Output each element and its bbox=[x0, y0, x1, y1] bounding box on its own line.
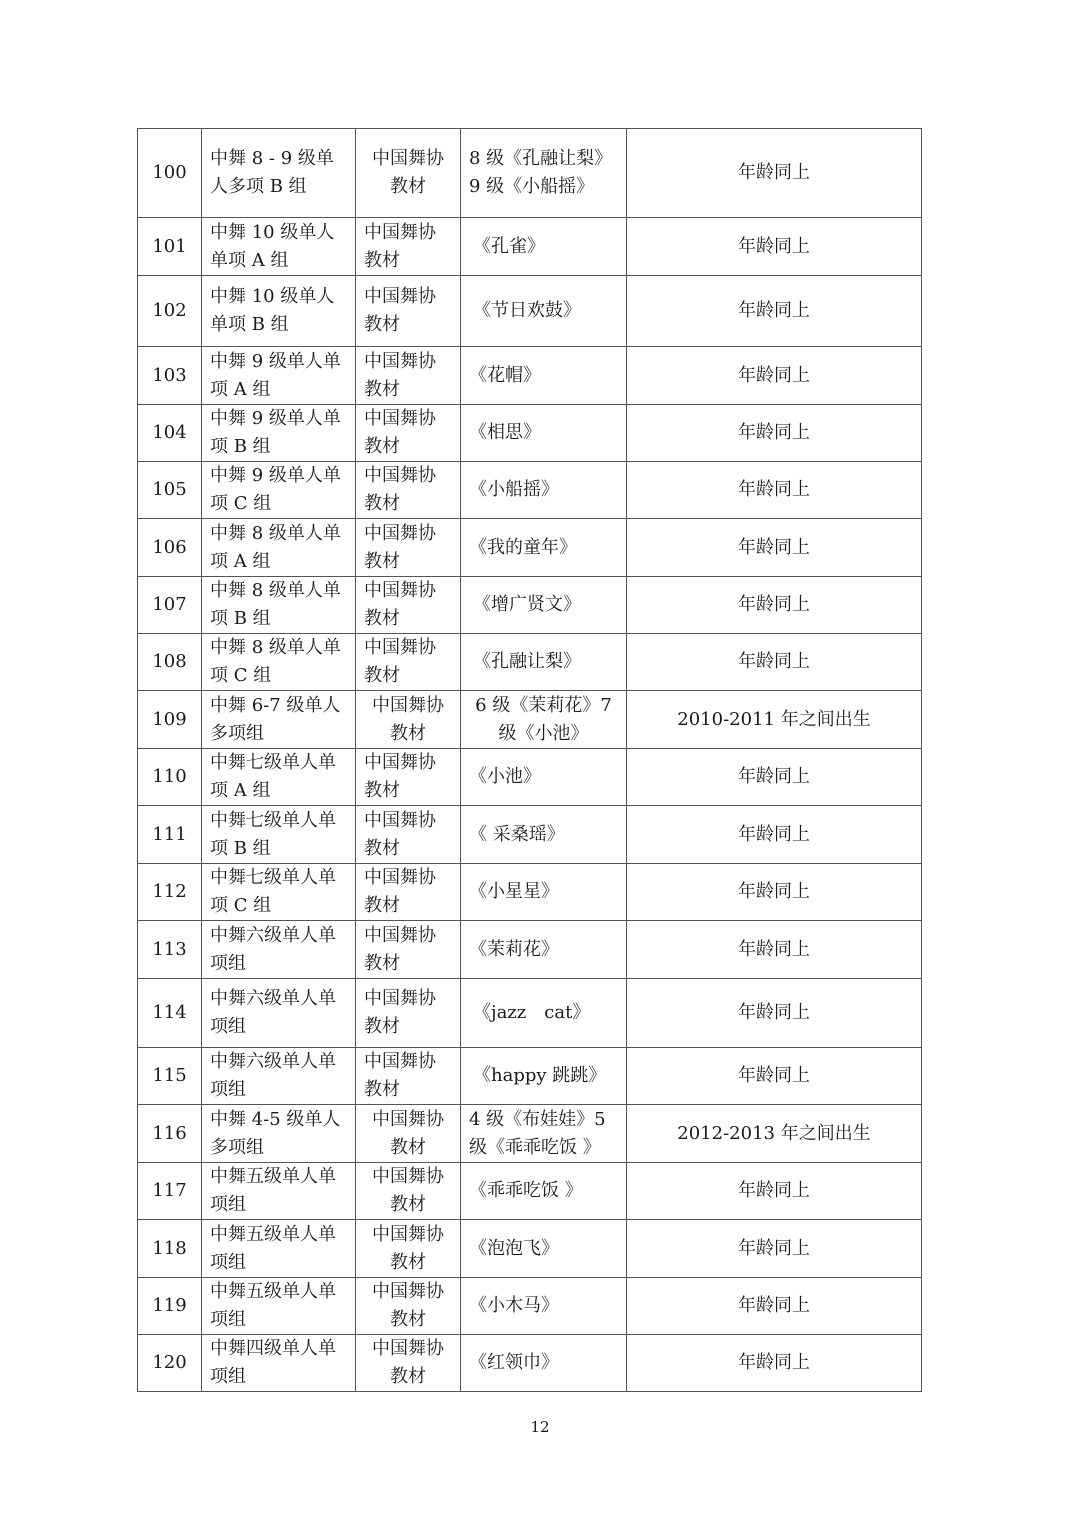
entry-source: 中国舞协教材 bbox=[356, 1278, 461, 1335]
entry-piece: 《节日欢鼓》 bbox=[461, 276, 627, 347]
entry-category: 中舞六级单人单项组 bbox=[202, 979, 356, 1048]
entry-piece: 《相思》 bbox=[461, 405, 627, 462]
entry-category: 中舞五级单人单项组 bbox=[202, 1163, 356, 1220]
entry-number: 110 bbox=[138, 749, 202, 806]
entry-source: 中国舞协教材 bbox=[356, 921, 461, 979]
entry-age-requirement: 年龄同上 bbox=[627, 1163, 922, 1220]
entry-number: 120 bbox=[138, 1335, 202, 1392]
entry-age-requirement: 年龄同上 bbox=[627, 129, 922, 218]
entry-category: 中舞 8 级单人单项 B 组 bbox=[202, 577, 356, 634]
entry-source: 中国舞协教材 bbox=[356, 577, 461, 634]
entry-piece: 《红领巾》 bbox=[461, 1335, 627, 1392]
entry-category: 中舞 4-5 级单人多项组 bbox=[202, 1105, 356, 1163]
entry-source: 中国舞协教材 bbox=[356, 806, 461, 864]
table-row: 115中舞六级单人单项组中国舞协教材《happy 跳跳》年龄同上 bbox=[138, 1048, 922, 1105]
entry-piece: 《小船摇》 bbox=[461, 462, 627, 519]
competition-table: 100中舞 8 - 9 级单人多项 B 组中国舞协教材8 级《孔融让梨》9 级《… bbox=[137, 128, 922, 1392]
table-row: 109中舞 6-7 级单人多项组中国舞协教材6 级《茉莉花》7 级《小池》201… bbox=[138, 691, 922, 749]
entry-age-requirement: 年龄同上 bbox=[627, 806, 922, 864]
entry-piece: 《增广贤文》 bbox=[461, 577, 627, 634]
entry-number: 112 bbox=[138, 864, 202, 921]
table-row: 104中舞 9 级单人单项 B 组中国舞协教材《相思》年龄同上 bbox=[138, 405, 922, 462]
table-row: 113中舞六级单人单项组中国舞协教材《茉莉花》年龄同上 bbox=[138, 921, 922, 979]
table-row: 100中舞 8 - 9 级单人多项 B 组中国舞协教材8 级《孔融让梨》9 级《… bbox=[138, 129, 922, 218]
entry-piece: 《小星星》 bbox=[461, 864, 627, 921]
entry-age-requirement: 年龄同上 bbox=[627, 749, 922, 806]
table-body: 100中舞 8 - 9 级单人多项 B 组中国舞协教材8 级《孔融让梨》9 级《… bbox=[138, 129, 922, 1392]
entry-source: 中国舞协教材 bbox=[356, 749, 461, 806]
document-page: 100中舞 8 - 9 级单人多项 B 组中国舞协教材8 级《孔融让梨》9 级《… bbox=[0, 0, 1080, 1526]
entry-source: 中国舞协教材 bbox=[356, 1163, 461, 1220]
entry-source: 中国舞协教材 bbox=[356, 864, 461, 921]
entry-number: 111 bbox=[138, 806, 202, 864]
entry-source: 中国舞协教材 bbox=[356, 979, 461, 1048]
entry-category: 中舞六级单人单项组 bbox=[202, 1048, 356, 1105]
entry-number: 106 bbox=[138, 519, 202, 577]
table-row: 114中舞六级单人单项组中国舞协教材《jazz cat》年龄同上 bbox=[138, 979, 922, 1048]
entry-number: 114 bbox=[138, 979, 202, 1048]
entry-category: 中舞 10 级单人单项 B 组 bbox=[202, 276, 356, 347]
entry-number: 115 bbox=[138, 1048, 202, 1105]
entry-number: 108 bbox=[138, 634, 202, 691]
entry-age-requirement: 年龄同上 bbox=[627, 921, 922, 979]
table-row: 110中舞七级单人单项 A 组中国舞协教材《小池》年龄同上 bbox=[138, 749, 922, 806]
entry-number: 105 bbox=[138, 462, 202, 519]
entry-number: 102 bbox=[138, 276, 202, 347]
entry-category: 中舞七级单人单项 C 组 bbox=[202, 864, 356, 921]
table-row: 103中舞 9 级单人单项 A 组中国舞协教材《花帽》年龄同上 bbox=[138, 347, 922, 405]
entry-source: 中国舞协教材 bbox=[356, 1048, 461, 1105]
entry-age-requirement: 年龄同上 bbox=[627, 276, 922, 347]
table-row: 118中舞五级单人单项组中国舞协教材《泡泡飞》年龄同上 bbox=[138, 1220, 922, 1278]
entry-age-requirement: 年龄同上 bbox=[627, 1335, 922, 1392]
table-row: 119中舞五级单人单项组中国舞协教材《小木马》年龄同上 bbox=[138, 1278, 922, 1335]
entry-piece: 《happy 跳跳》 bbox=[461, 1048, 627, 1105]
entry-number: 101 bbox=[138, 218, 202, 276]
entry-source: 中国舞协教材 bbox=[356, 405, 461, 462]
entry-source: 中国舞协教材 bbox=[356, 519, 461, 577]
entry-source: 中国舞协教材 bbox=[356, 129, 461, 218]
entry-age-requirement: 年龄同上 bbox=[627, 462, 922, 519]
entry-number: 109 bbox=[138, 691, 202, 749]
entry-category: 中舞五级单人单项组 bbox=[202, 1220, 356, 1278]
entry-number: 103 bbox=[138, 347, 202, 405]
entry-age-requirement: 年龄同上 bbox=[627, 864, 922, 921]
entry-piece: 《泡泡飞》 bbox=[461, 1220, 627, 1278]
entry-category: 中舞 9 级单人单项 B 组 bbox=[202, 405, 356, 462]
entry-piece: 《孔融让梨》 bbox=[461, 634, 627, 691]
table-row: 111中舞七级单人单项 B 组中国舞协教材《 采桑瑶》年龄同上 bbox=[138, 806, 922, 864]
entry-source: 中国舞协教材 bbox=[356, 1220, 461, 1278]
entry-category: 中舞六级单人单项组 bbox=[202, 921, 356, 979]
entry-piece: 《小池》 bbox=[461, 749, 627, 806]
entry-piece: 《jazz cat》 bbox=[461, 979, 627, 1048]
entry-source: 中国舞协教材 bbox=[356, 218, 461, 276]
entry-age-requirement: 2010-2011 年之间出生 bbox=[627, 691, 922, 749]
entry-age-requirement: 年龄同上 bbox=[627, 405, 922, 462]
entry-number: 100 bbox=[138, 129, 202, 218]
entry-piece: 《 采桑瑶》 bbox=[461, 806, 627, 864]
entry-category: 中舞 8 级单人单项 A 组 bbox=[202, 519, 356, 577]
entry-number: 113 bbox=[138, 921, 202, 979]
table-row: 107中舞 8 级单人单项 B 组中国舞协教材《增广贤文》年龄同上 bbox=[138, 577, 922, 634]
entry-category: 中舞 9 级单人单项 C 组 bbox=[202, 462, 356, 519]
entry-category: 中舞五级单人单项组 bbox=[202, 1278, 356, 1335]
entry-age-requirement: 年龄同上 bbox=[627, 1220, 922, 1278]
table-row: 106中舞 8 级单人单项 A 组中国舞协教材《我的童年》年龄同上 bbox=[138, 519, 922, 577]
entry-category: 中舞 8 - 9 级单人多项 B 组 bbox=[202, 129, 356, 218]
entry-source: 中国舞协教材 bbox=[356, 691, 461, 749]
entry-category: 中舞 9 级单人单项 A 组 bbox=[202, 347, 356, 405]
entry-source: 中国舞协教材 bbox=[356, 634, 461, 691]
entry-age-requirement: 年龄同上 bbox=[627, 1278, 922, 1335]
entry-category: 中舞七级单人单项 B 组 bbox=[202, 806, 356, 864]
table-row: 108中舞 8 级单人单项 C 组中国舞协教材《孔融让梨》年龄同上 bbox=[138, 634, 922, 691]
entry-piece: 《花帽》 bbox=[461, 347, 627, 405]
entry-age-requirement: 年龄同上 bbox=[627, 979, 922, 1048]
entry-piece: 6 级《茉莉花》7 级《小池》 bbox=[461, 691, 627, 749]
entry-category: 中舞 6-7 级单人多项组 bbox=[202, 691, 356, 749]
entry-source: 中国舞协教材 bbox=[356, 347, 461, 405]
entry-age-requirement: 年龄同上 bbox=[627, 218, 922, 276]
entry-piece: 《孔雀》 bbox=[461, 218, 627, 276]
entry-source: 中国舞协教材 bbox=[356, 462, 461, 519]
entry-number: 117 bbox=[138, 1163, 202, 1220]
entry-piece: 《茉莉花》 bbox=[461, 921, 627, 979]
entry-number: 104 bbox=[138, 405, 202, 462]
entry-age-requirement: 年龄同上 bbox=[627, 577, 922, 634]
entry-age-requirement: 年龄同上 bbox=[627, 1048, 922, 1105]
entry-age-requirement: 年龄同上 bbox=[627, 519, 922, 577]
entry-piece: 《我的童年》 bbox=[461, 519, 627, 577]
entry-age-requirement: 年龄同上 bbox=[627, 634, 922, 691]
entry-age-requirement: 2012-2013 年之间出生 bbox=[627, 1105, 922, 1163]
table-row: 101中舞 10 级单人单项 A 组中国舞协教材《孔雀》年龄同上 bbox=[138, 218, 922, 276]
table-row: 102中舞 10 级单人单项 B 组中国舞协教材《节日欢鼓》年龄同上 bbox=[138, 276, 922, 347]
entry-number: 119 bbox=[138, 1278, 202, 1335]
entry-piece: 4 级《布娃娃》5 级《乖乖吃饭 》 bbox=[461, 1105, 627, 1163]
entry-category: 中舞四级单人单项组 bbox=[202, 1335, 356, 1392]
entry-piece: 《乖乖吃饭 》 bbox=[461, 1163, 627, 1220]
page-number: 12 bbox=[0, 1418, 1080, 1436]
table-row: 117中舞五级单人单项组中国舞协教材《乖乖吃饭 》年龄同上 bbox=[138, 1163, 922, 1220]
table-row: 116中舞 4-5 级单人多项组中国舞协教材4 级《布娃娃》5 级《乖乖吃饭 》… bbox=[138, 1105, 922, 1163]
table-row: 112中舞七级单人单项 C 组中国舞协教材《小星星》年龄同上 bbox=[138, 864, 922, 921]
table-row: 105中舞 9 级单人单项 C 组中国舞协教材《小船摇》年龄同上 bbox=[138, 462, 922, 519]
entry-age-requirement: 年龄同上 bbox=[627, 347, 922, 405]
entry-piece: 8 级《孔融让梨》9 级《小船摇》 bbox=[461, 129, 627, 218]
entry-source: 中国舞协教材 bbox=[356, 1335, 461, 1392]
entry-number: 116 bbox=[138, 1105, 202, 1163]
table-row: 120中舞四级单人单项组中国舞协教材《红领巾》年龄同上 bbox=[138, 1335, 922, 1392]
entry-number: 118 bbox=[138, 1220, 202, 1278]
entry-source: 中国舞协教材 bbox=[356, 276, 461, 347]
entry-category: 中舞七级单人单项 A 组 bbox=[202, 749, 356, 806]
entry-category: 中舞 10 级单人单项 A 组 bbox=[202, 218, 356, 276]
entry-category: 中舞 8 级单人单项 C 组 bbox=[202, 634, 356, 691]
entry-piece: 《小木马》 bbox=[461, 1278, 627, 1335]
entry-number: 107 bbox=[138, 577, 202, 634]
entry-source: 中国舞协教材 bbox=[356, 1105, 461, 1163]
